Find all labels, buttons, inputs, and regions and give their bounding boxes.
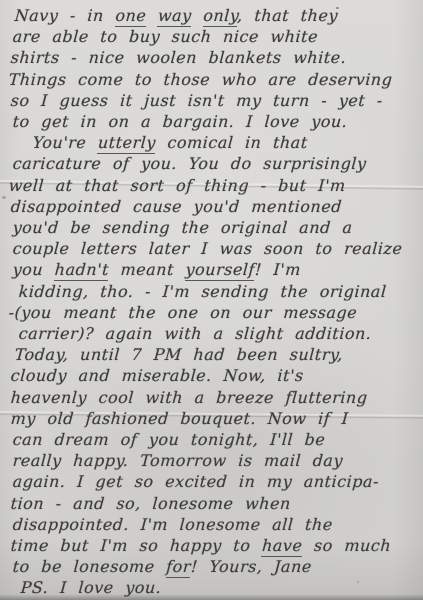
letter-text: -(you meant the one on our message — [8, 303, 358, 322]
letter-line: well at that sort of thing - but I'm — [8, 175, 417, 196]
letter-line: carrier)? again with a slight addition. — [18, 323, 417, 344]
letter-text: really happy. Tomorrow is mail day — [12, 451, 344, 470]
letter-text: so I guess it just isn't my turn - yet - — [10, 91, 383, 110]
letter-text: you'd be sending the original and a — [12, 218, 353, 237]
letter-line: again. I get so excited in my anticipa- — [12, 471, 417, 492]
letter-text: time but I'm so happy to — [10, 536, 263, 555]
letter-text: ! Yours, Jane — [190, 557, 312, 576]
letter-text: You're — [32, 133, 99, 152]
letter-line: Things come to those who are deserving — [8, 69, 417, 90]
letter-line: to get in on a bargain. I love you. — [12, 111, 417, 132]
letter-line: heavenly cool with a breeze fluttering — [10, 387, 417, 408]
letter-line: caricature of you. You do surprisingly — [12, 153, 417, 174]
letter-line: to be lonesome for! Yours, Jane — [12, 556, 417, 577]
letter-line: you hadn't meant yourself! I'm — [12, 259, 417, 280]
letter-text: kidding, tho. - I'm sending the original — [18, 282, 387, 301]
letter-text: Navy - in — [14, 6, 116, 25]
letter-line: disappointed cause you'd mentioned — [10, 196, 417, 217]
letter-text: ! I'm — [254, 260, 301, 279]
letter-line: my old fashioned bouquet. Now if I — [10, 408, 417, 429]
letter-line: disappointed. I'm lonesome all the — [12, 514, 417, 535]
letter-line: You're utterly comical in that — [32, 132, 417, 153]
letter-text: Things come to those who are deserving — [8, 70, 393, 89]
letter-line: PS. I love you. — [20, 577, 417, 598]
letter-text: again. I get so excited in my anticipa- — [12, 472, 380, 491]
underlined-word: only — [203, 6, 238, 27]
letter-line: you'd be sending the original and a — [12, 217, 417, 238]
letter-line: shirts - nice woolen blankets white. — [10, 47, 417, 68]
letter-text: , that they — [237, 6, 339, 25]
letter-line: couple letters later I was soon to reali… — [12, 238, 417, 259]
letter-line: time but I'm so happy to have so much — [10, 535, 417, 556]
letter-line: are able to buy such nice white — [12, 26, 417, 47]
letter-text: comical in that — [155, 133, 308, 152]
letter-text: couple letters later I was soon to reali… — [12, 239, 403, 258]
letter-text: to be lonesome — [12, 557, 167, 576]
letter-line: Navy - in one way only, that they — [14, 5, 417, 26]
letter-text: my old fashioned bouquet. Now if I — [10, 409, 349, 428]
underlined-word: utterly — [97, 133, 156, 154]
letter-line: -(you meant the one on our message — [8, 302, 417, 323]
underlined-word: hadn't — [54, 260, 110, 281]
letter-page: Navy - in one way only, that theyare abl… — [0, 0, 423, 600]
letter-text: disappointed. I'm lonesome all the — [12, 515, 333, 534]
letter-text: Today, until 7 PM had been sultry, — [14, 345, 344, 364]
letter-text: tion - and so, lonesome when — [10, 494, 291, 513]
underlined-word: way — [157, 6, 192, 27]
letter-line: can dream of you tonight, I'll be — [12, 429, 417, 450]
letter-line: cloudy and miserable. Now, it's — [10, 365, 417, 386]
underlined-word: have — [261, 536, 303, 557]
underlined-word: for — [166, 557, 192, 578]
letter-line: so I guess it just isn't my turn - yet - — [10, 90, 417, 111]
letter-line: tion - and so, lonesome when — [10, 493, 417, 514]
letter-text: shirts - nice woolen blankets white. — [10, 48, 347, 67]
underlined-word: yourself — [185, 260, 256, 281]
letter-line: really happy. Tomorrow is mail day — [12, 450, 417, 471]
letter-text: are able to buy such nice white — [12, 27, 319, 46]
letter-text: can dream of you tonight, I'll be — [12, 430, 326, 449]
letter-text: to get in on a bargain. I love you. — [12, 112, 348, 131]
letter-text: cloudy and miserable. Now, it's — [10, 366, 304, 385]
letter-line: kidding, tho. - I'm sending the original — [18, 281, 417, 302]
letter-line: Today, until 7 PM had been sultry, — [14, 344, 417, 365]
letter-text: carrier)? again with a slight addition. — [18, 324, 372, 343]
letter-text: so much — [302, 536, 392, 555]
letter-text: PS. I love you. — [20, 578, 162, 597]
letter-text — [191, 6, 204, 25]
letter-text: caricature of you. You do surprisingly — [12, 154, 367, 173]
underlined-word: one — [115, 6, 147, 27]
letter-body: Navy - in one way only, that theyare abl… — [4, 5, 416, 599]
letter-text: meant — [108, 260, 186, 279]
letter-text: you — [12, 260, 55, 279]
letter-text: heavenly cool with a breeze fluttering — [10, 388, 368, 407]
letter-text: disappointed cause you'd mentioned — [10, 197, 343, 216]
letter-text: well at that sort of thing - but I'm — [8, 176, 346, 195]
